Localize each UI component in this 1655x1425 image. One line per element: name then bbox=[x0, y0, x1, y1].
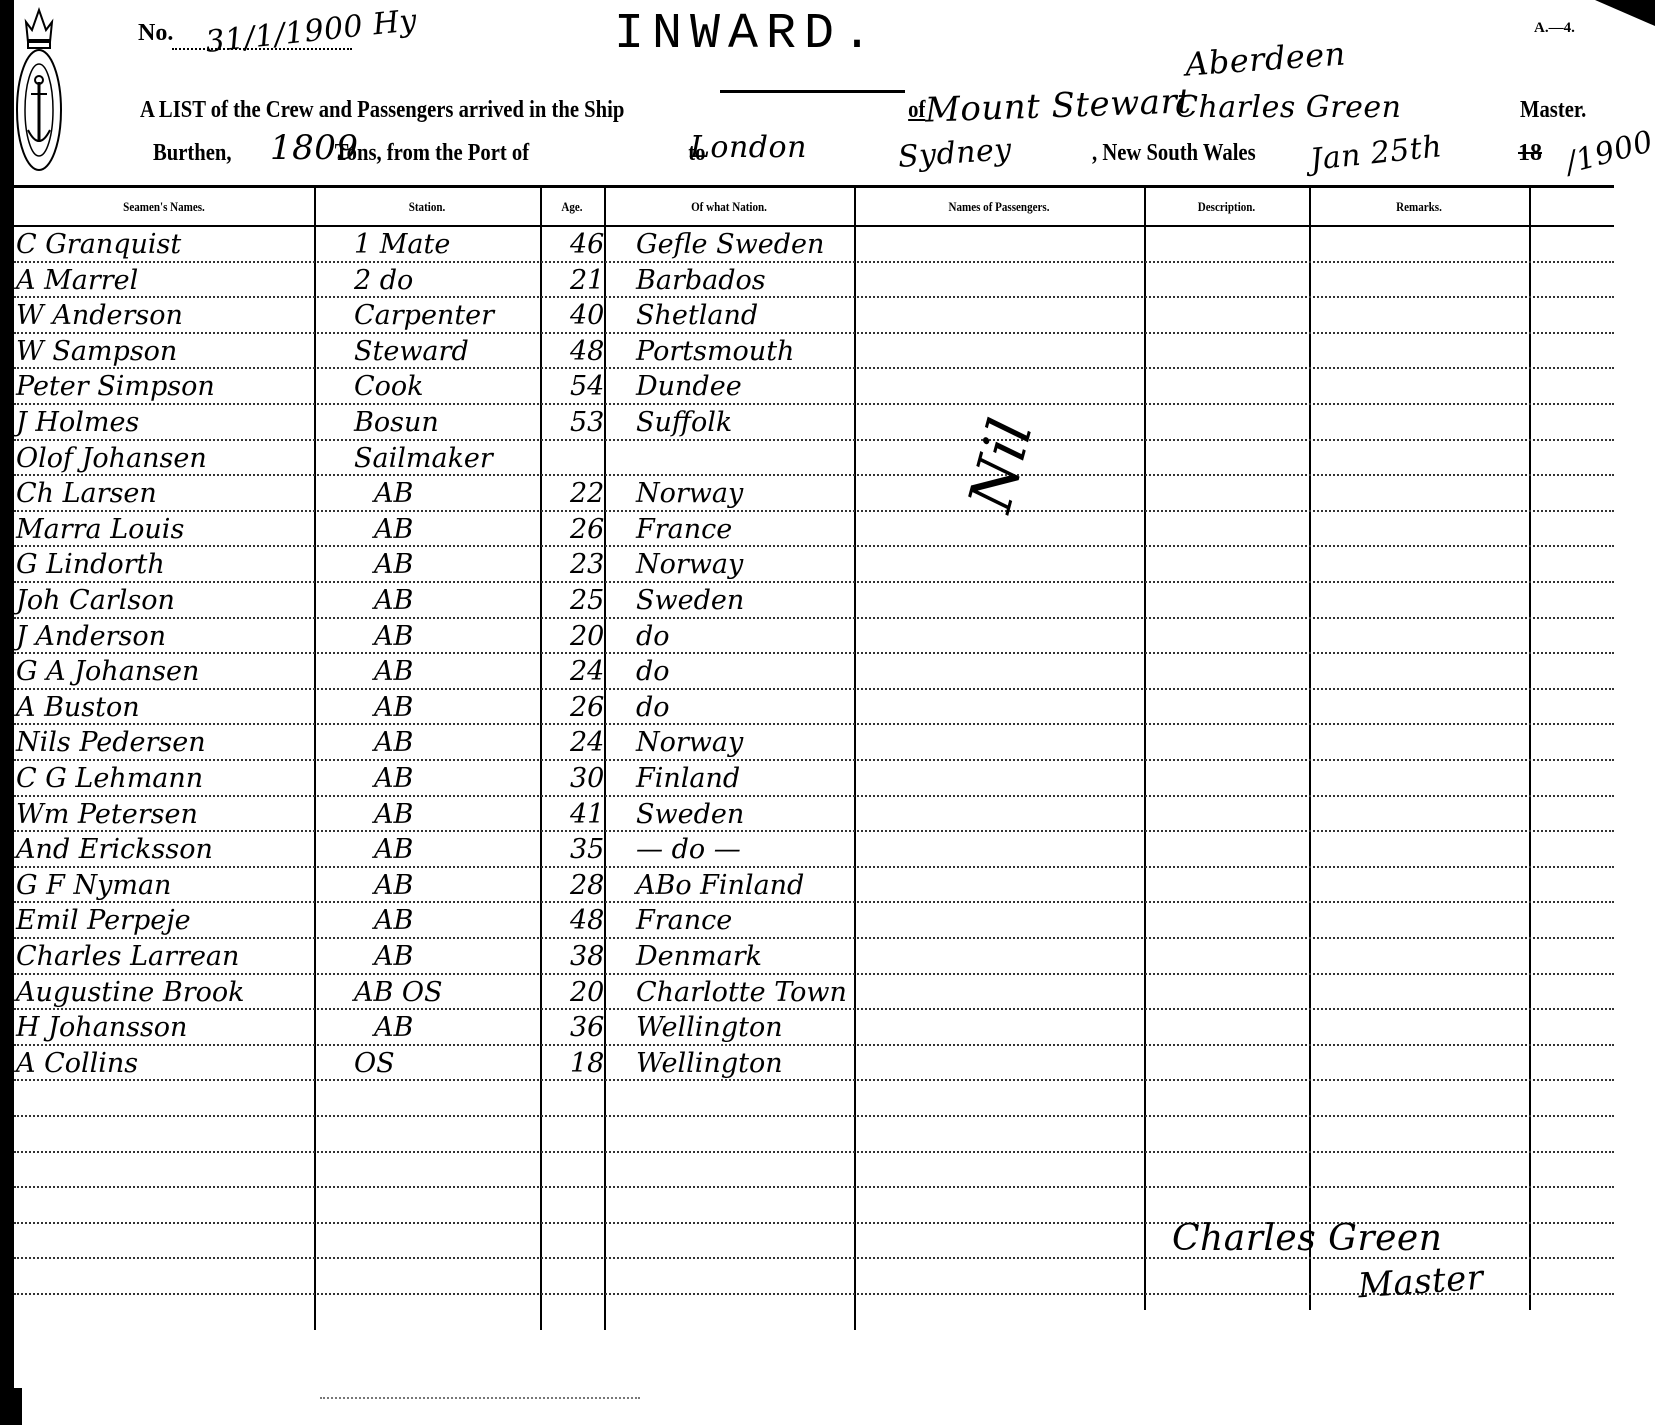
cell-age: 53 bbox=[570, 405, 604, 440]
table-row: C G LehmannAB30Finland bbox=[14, 761, 1614, 797]
cell-nation: Charlotte Town bbox=[636, 975, 847, 1010]
cell-station: AB bbox=[374, 654, 413, 689]
cell-nation: Sweden bbox=[636, 583, 744, 618]
number-label: No. bbox=[138, 20, 173, 47]
table-row: G F NymanAB28ABo Finland bbox=[14, 868, 1614, 904]
cell-nation: France bbox=[636, 512, 732, 547]
cell-station: Bosun bbox=[354, 405, 439, 440]
cell-nation: do bbox=[636, 690, 670, 725]
crew-table: Seamen's Names.Station.Age.Of what Natio… bbox=[14, 185, 1614, 1385]
cell-age: 48 bbox=[570, 334, 604, 369]
column-header-age: Age. bbox=[545, 199, 599, 215]
cell-station: AB bbox=[374, 868, 413, 903]
from-port: London bbox=[690, 130, 807, 165]
cell-age: 41 bbox=[570, 797, 604, 832]
table-row bbox=[14, 1081, 1614, 1117]
cell-name: J Holmes bbox=[16, 405, 139, 440]
cell-age: 35 bbox=[570, 832, 604, 867]
cell-age: 38 bbox=[570, 939, 604, 974]
cell-name: Peter Simpson bbox=[16, 369, 215, 404]
table-top-rule bbox=[14, 185, 1614, 188]
tons-label: Tons, from the Port of bbox=[335, 140, 529, 166]
cell-station: AB bbox=[374, 832, 413, 867]
cell-name: Augustine Brook bbox=[16, 975, 244, 1010]
cell-age: 30 bbox=[570, 761, 604, 796]
table-row: Augustine BrookAB OS20Charlotte Town bbox=[14, 975, 1614, 1011]
number-value: 31/1/1900 Hy bbox=[204, 3, 419, 60]
cell-name: Ch Larsen bbox=[16, 476, 157, 511]
table-row: W SampsonSteward48Portsmouth bbox=[14, 334, 1614, 370]
cell-age: 21 bbox=[570, 263, 604, 298]
table-row: G LindorthAB23Norway bbox=[14, 547, 1614, 583]
cell-station: Sailmaker bbox=[354, 441, 493, 476]
table-row: Marra LouisAB26France bbox=[14, 512, 1614, 548]
column-header-remarks: Remarks. bbox=[1326, 199, 1513, 215]
cell-station: OS bbox=[354, 1046, 395, 1081]
form-code: A.—4. bbox=[1534, 20, 1575, 37]
column-header-description: Description. bbox=[1156, 199, 1296, 215]
cell-age: 22 bbox=[570, 476, 604, 511]
table-row: J HolmesBosun53Suffolk bbox=[14, 405, 1614, 441]
cell-nation: Denmark bbox=[636, 939, 762, 974]
cell-nation: France bbox=[636, 903, 732, 938]
cell-station: AB bbox=[374, 939, 413, 974]
cell-age: 26 bbox=[570, 512, 604, 547]
cell-station: AB bbox=[374, 725, 413, 760]
cell-name: C Granquist bbox=[16, 227, 181, 262]
ship-name: Mount Stewart bbox=[924, 81, 1192, 130]
cell-nation: Wellington bbox=[636, 1046, 783, 1081]
cell-name: C G Lehmann bbox=[16, 761, 203, 796]
cell-name: Wm Petersen bbox=[16, 797, 198, 832]
page-title: INWARD. bbox=[614, 6, 880, 63]
to-port: Sydney bbox=[897, 132, 1013, 175]
cell-nation: Shetland bbox=[636, 298, 758, 333]
table-row: Peter SimpsonCook54Dundee bbox=[14, 369, 1614, 405]
cell-age: 20 bbox=[570, 619, 604, 654]
master-name: Charles Green bbox=[1175, 90, 1401, 125]
cell-station: Steward bbox=[354, 334, 469, 369]
table-row: Joh CarlsonAB25Sweden bbox=[14, 583, 1614, 619]
title-underline bbox=[720, 90, 905, 93]
cell-age: 23 bbox=[570, 547, 604, 582]
cell-station: AB bbox=[374, 690, 413, 725]
year-written: /1900 bbox=[1562, 124, 1655, 181]
cell-name: J Anderson bbox=[16, 619, 166, 654]
cell-name: Charles Larrean bbox=[16, 939, 239, 974]
cell-station: AB bbox=[374, 547, 413, 582]
column-header-station: Station. bbox=[331, 199, 523, 215]
arrival-date: Jan 25th bbox=[1309, 129, 1444, 178]
table-row bbox=[14, 1117, 1614, 1153]
cell-nation: Wellington bbox=[636, 1010, 783, 1045]
scan-corner bbox=[1595, 0, 1655, 26]
master-signature: Charles Green bbox=[1172, 1218, 1442, 1259]
port-of-registry: Aberdeen bbox=[1184, 34, 1347, 83]
cell-name: A Marrel bbox=[16, 263, 138, 298]
cell-name: Joh Carlson bbox=[16, 583, 175, 618]
cell-age: 36 bbox=[570, 1010, 604, 1045]
table-row: H JohanssonAB36Wellington bbox=[14, 1010, 1614, 1046]
table-row: G A JohansenAB24do bbox=[14, 654, 1614, 690]
cell-station: AB OS bbox=[354, 975, 443, 1010]
table-row: Wm PetersenAB41Sweden bbox=[14, 797, 1614, 833]
cell-name: Olof Johansen bbox=[16, 441, 207, 476]
cell-nation: Sweden bbox=[636, 797, 744, 832]
cell-name: W Sampson bbox=[16, 334, 177, 369]
cell-nation: ABo Finland bbox=[636, 868, 804, 903]
cell-nation: Barbados bbox=[636, 263, 766, 298]
table-row: W AndersonCarpenter40Shetland bbox=[14, 298, 1614, 334]
cell-age: 26 bbox=[570, 690, 604, 725]
table-row: Nils PedersenAB24Norway bbox=[14, 725, 1614, 761]
cell-nation: — do — bbox=[636, 832, 741, 867]
cell-name: Emil Perpeje bbox=[16, 903, 191, 938]
column-header-passengers: Names of Passengers. bbox=[876, 199, 1123, 215]
cell-station: Cook bbox=[354, 369, 424, 404]
table-row: And ErickssonAB35— do — bbox=[14, 832, 1614, 868]
scan-edge-bottom bbox=[0, 1388, 22, 1425]
burthen-label: Burthen, bbox=[153, 140, 232, 166]
cell-station: 1 Mate bbox=[354, 227, 450, 262]
cell-name: W Anderson bbox=[16, 298, 183, 333]
table-row: A BustonAB26do bbox=[14, 690, 1614, 726]
list-intro-prefix: A LIST of the Crew and Passengers arrive… bbox=[140, 97, 624, 123]
cell-age: 24 bbox=[570, 654, 604, 689]
list-intro-text: A LIST of the Crew and Passengers arrive… bbox=[140, 97, 925, 124]
cell-station: AB bbox=[374, 903, 413, 938]
cell-name: A Buston bbox=[16, 690, 140, 725]
cell-nation: Gefle Sweden bbox=[636, 227, 824, 262]
table-row: Charles LarreanAB38Denmark bbox=[14, 939, 1614, 975]
burthen-value: 1809 bbox=[270, 128, 359, 168]
cell-station: AB bbox=[374, 512, 413, 547]
cell-station: 2 do bbox=[354, 263, 413, 298]
cell-station: AB bbox=[374, 476, 413, 511]
table-row: Olof JohansenSailmaker bbox=[14, 441, 1614, 477]
cell-nation: Norway bbox=[636, 547, 743, 582]
table-row: J AndersonAB20do bbox=[14, 619, 1614, 655]
table-row: A Marrel2 do21Barbados bbox=[14, 263, 1614, 299]
cell-nation: Portsmouth bbox=[636, 334, 794, 369]
cell-name: G Lindorth bbox=[16, 547, 165, 582]
master-label: Master. bbox=[1520, 97, 1586, 124]
nsw-label: , New South Wales bbox=[1092, 140, 1256, 167]
cell-age: 40 bbox=[570, 298, 604, 333]
cell-nation: Finland bbox=[636, 761, 740, 796]
table-row bbox=[14, 1153, 1614, 1189]
cell-name: Marra Louis bbox=[16, 512, 184, 547]
cell-name: G A Johansen bbox=[16, 654, 199, 689]
column-header-nation: Of what Nation. bbox=[623, 199, 836, 215]
cell-station: AB bbox=[374, 583, 413, 618]
cell-station: AB bbox=[374, 1010, 413, 1045]
cell-station: AB bbox=[374, 619, 413, 654]
cell-age: 48 bbox=[570, 903, 604, 938]
table-row: Ch LarsenAB22Norway bbox=[14, 476, 1614, 512]
of-label: of bbox=[908, 97, 925, 123]
cell-age: 25 bbox=[570, 583, 604, 618]
shipping-masters-department-seal-icon bbox=[14, 2, 64, 177]
cell-nation: Norway bbox=[636, 476, 743, 511]
table-row: C Granquist1 Mate46Gefle Sweden bbox=[14, 227, 1614, 263]
cell-nation: Dundee bbox=[636, 369, 742, 404]
cell-name: G F Nyman bbox=[16, 868, 171, 903]
cell-name: Nils Pedersen bbox=[16, 725, 206, 760]
cell-age: 46 bbox=[570, 227, 604, 262]
burthen-text: Burthen,Tons, from the Port ofto bbox=[153, 140, 705, 167]
cell-age: 24 bbox=[570, 725, 604, 760]
cell-station: AB bbox=[374, 761, 413, 796]
cell-name: H Johansson bbox=[16, 1010, 187, 1045]
cell-age: 18 bbox=[570, 1046, 604, 1081]
cell-name: And Ericksson bbox=[16, 832, 213, 867]
scan-edge-left bbox=[0, 0, 14, 1425]
table-row: A CollinsOS18Wellington bbox=[14, 1046, 1614, 1082]
cell-station: Carpenter bbox=[354, 298, 494, 333]
year-printed: 18 bbox=[1518, 140, 1542, 167]
footer-dotted-line bbox=[320, 1397, 640, 1399]
cell-age: 54 bbox=[570, 369, 604, 404]
cell-age: 20 bbox=[570, 975, 604, 1010]
cell-age: 28 bbox=[570, 868, 604, 903]
cell-station: AB bbox=[374, 797, 413, 832]
cell-nation: do bbox=[636, 619, 670, 654]
column-header-name: Seamen's Names. bbox=[37, 199, 292, 215]
table-row: Emil PerpejeAB48France bbox=[14, 903, 1614, 939]
cell-nation: Suffolk bbox=[636, 405, 732, 440]
cell-nation: do bbox=[636, 654, 670, 689]
cell-nation: Norway bbox=[636, 725, 743, 760]
cell-name: A Collins bbox=[16, 1046, 138, 1081]
